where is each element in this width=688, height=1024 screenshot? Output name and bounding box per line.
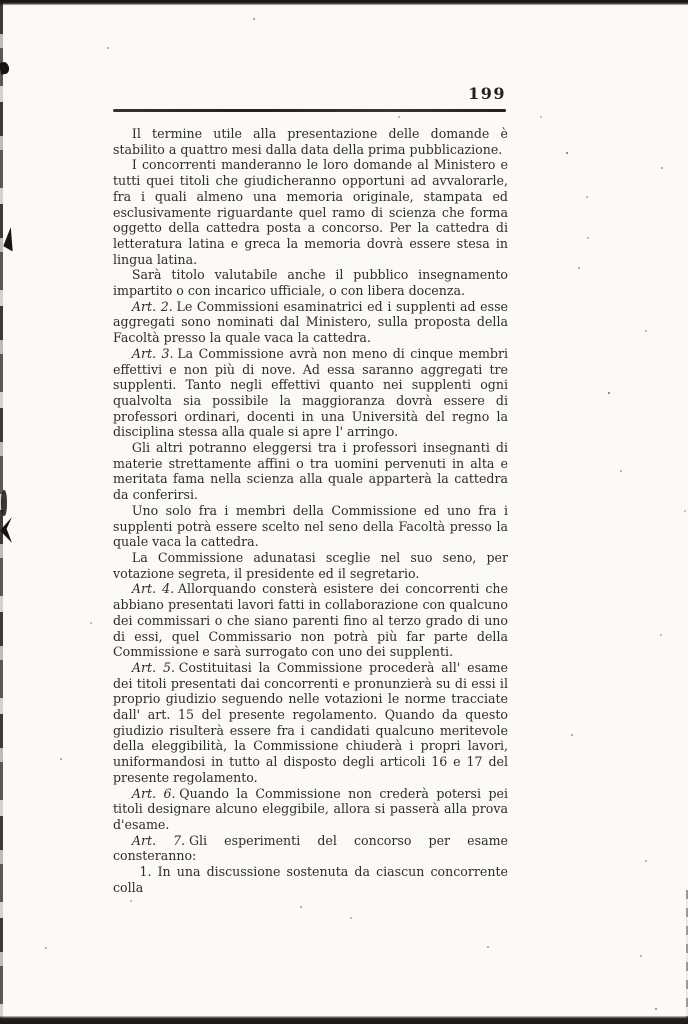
article-label: Art. 5. (132, 660, 175, 675)
paragraph-uno-solo: Uno solo fra i membri della Commissione … (113, 503, 508, 550)
page-number: 199 (113, 84, 506, 103)
paragraph-commissione-adunatasi: La Commissione adunatasi sceglie nel suo… (113, 550, 508, 581)
paragraph-art-4: Art. 4.Allorquando consterà esistere dei… (113, 581, 508, 660)
paragraph-text: Costituitasi la Commissione procederà al… (113, 660, 508, 785)
ink-smudge (3, 227, 15, 252)
paragraph-art-2: Art. 2.Le Commissioni esaminatrici ed i … (113, 299, 508, 346)
paragraph-text: La Commissione adunatasi sceglie nel suo… (113, 550, 508, 581)
paragraph-concorrenti-domande: I concorrenti manderanno le loro domande… (113, 157, 508, 267)
paragraph-termine-utile: Il termine utile alla presentazione dell… (113, 126, 508, 157)
article-label: Art. 2. (132, 299, 173, 314)
paragraph-art-6: Art. 6.Quando la Commissione non crederà… (113, 786, 508, 833)
scanned-book-page: 199 Il termine utile alla presentazione … (0, 0, 688, 1024)
paragraph-art-5: Art. 5.Costituitasi la Commissione proce… (113, 660, 508, 786)
ink-smudge (0, 61, 10, 75)
article-label: Art. 6. (132, 786, 176, 801)
paragraph-art-3: Art. 3.La Commissione avrà non meno di c… (113, 346, 508, 440)
paragraph-text: Sarà titolo valutabile anche il pubblico… (113, 267, 508, 298)
scan-edge-top (0, 0, 688, 5)
paragraph-text: Uno solo fra i membri della Commissione … (113, 503, 508, 549)
scan-edge-bottom (0, 1016, 688, 1024)
scan-specks (253, 18, 255, 20)
paragraph-art-7: Art. 7.Gli esperimenti del concorso per … (113, 833, 508, 864)
paragraph-text: I concorrenti manderanno le loro domande… (113, 157, 508, 266)
header-rule (113, 109, 506, 112)
text-block: Il termine utile alla presentazione dell… (113, 126, 508, 895)
article-label: Art. 7. (132, 833, 185, 848)
article-label: Art. 3. (132, 346, 174, 361)
article-label: Art. 4. (132, 581, 174, 596)
paragraph-text: Il termine utile alla presentazione dell… (113, 126, 508, 157)
paragraph-list-item-1: 1. In una discussione sostenuta da ciasc… (113, 864, 508, 895)
paragraph-text: Gli altri potranno eleggersi tra i profe… (113, 440, 508, 502)
paragraph-gli-altri: Gli altri potranno eleggersi tra i profe… (113, 440, 508, 503)
paragraph-titolo-valutabile: Sarà titolo valutabile anche il pubblico… (113, 267, 508, 298)
ink-smudge (1, 490, 7, 516)
paragraph-text: 1. In una discussione sostenuta da ciasc… (113, 864, 508, 895)
